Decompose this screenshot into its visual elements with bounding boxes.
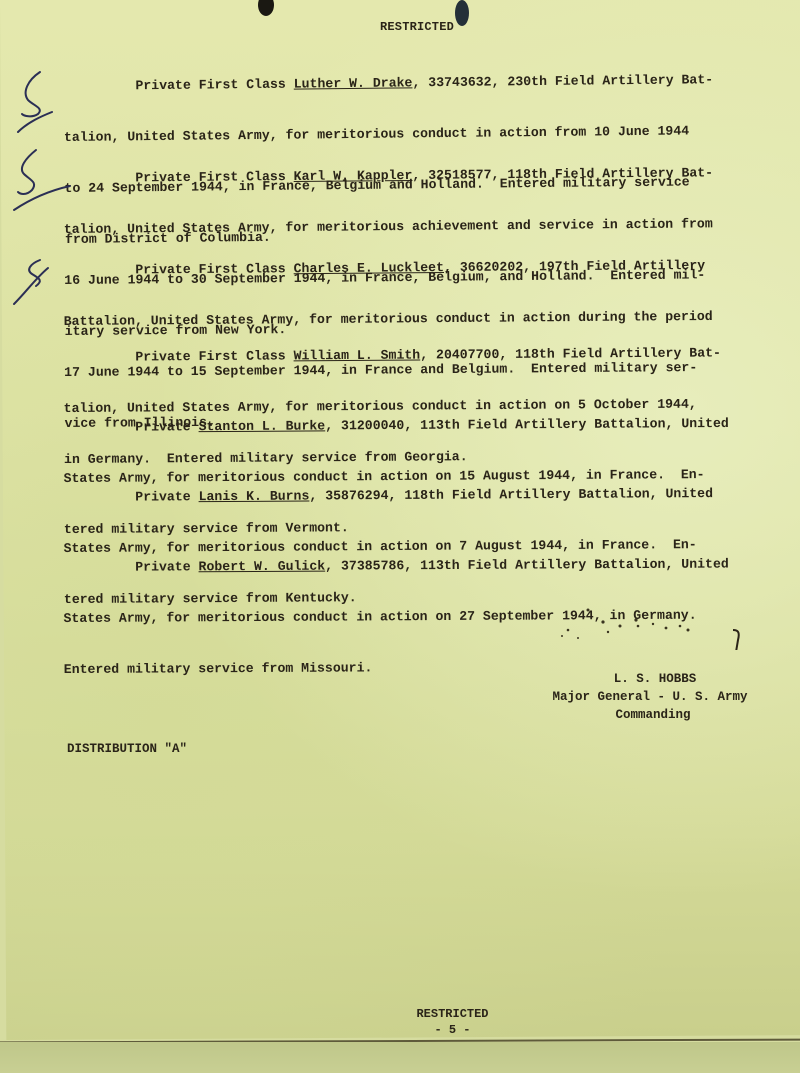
citation-line: Private Lanis K. Burns, 35876294, 118th … <box>63 485 783 506</box>
classification-header: RESTRICTED <box>380 20 454 34</box>
signatory-role: Commanding <box>520 706 780 724</box>
soldier-name: Karl W. Kappler <box>294 168 413 184</box>
signatory-name: L. S. HOBBS <box>520 670 780 688</box>
page-footer: RESTRICTED - 5 - <box>405 1006 500 1038</box>
citation-line: Private First Class Charles E. Luckleet,… <box>63 256 783 279</box>
punch-hole-icon <box>455 0 469 26</box>
distribution-label: DISTRIBUTION "A" <box>67 742 187 756</box>
soldier-name: Lanis K. Burns <box>199 488 310 504</box>
soldier-name: William L. Smith <box>294 348 421 364</box>
underlying-page <box>0 1042 800 1073</box>
soldier-name: Charles E. Luckleet <box>294 260 444 276</box>
citation-line: Private First Class William L. Smith, 20… <box>63 344 783 366</box>
soldier-name: Robert W. Gulick <box>198 559 325 575</box>
citation-line: Private First Class Karl W. Kappler, 325… <box>63 164 783 187</box>
citation-line: Private First Class Luther W. Drake, 337… <box>63 70 783 95</box>
soldier-name: Stanton L. Burke <box>199 418 326 434</box>
signature-icon <box>548 600 778 650</box>
citation-line: Private Stanton L. Burke, 31200040, 113t… <box>63 415 783 436</box>
soldier-name: Luther W. Drake <box>294 75 413 91</box>
footer-classification: RESTRICTED <box>405 1006 500 1022</box>
citation-line: Private Robert W. Gulick, 37385786, 113t… <box>63 555 783 576</box>
signature-block: L. S. HOBBS Major General - U. S. Army C… <box>520 670 780 724</box>
signatory-title: Major General - U. S. Army <box>520 688 780 706</box>
page-number: - 5 - <box>405 1022 500 1038</box>
